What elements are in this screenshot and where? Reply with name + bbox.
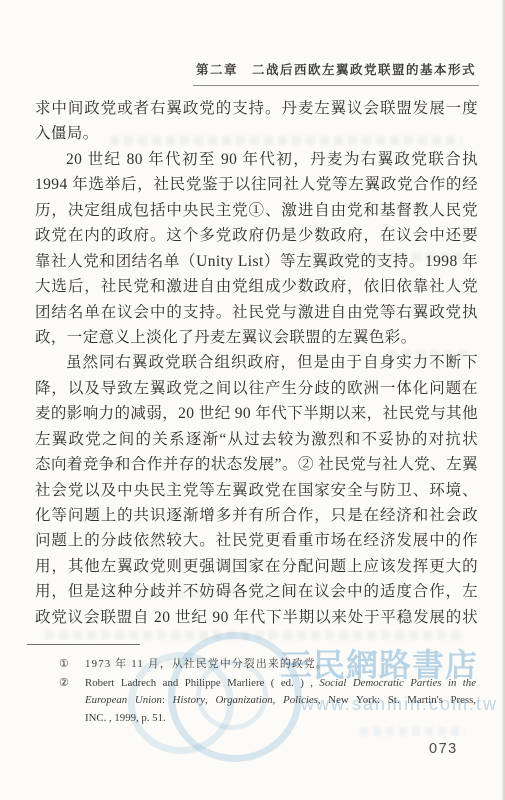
body-text-line: 政党议会联盟自 20 世纪 90 年代下半期以来处于平稳发展的状态中。 — [35, 605, 478, 630]
body-text-line: 左翼政党之间的关系逐渐“从过去较为激烈和不妥协的对抗状 — [35, 427, 478, 452]
chapter-label: 第二章 — [196, 63, 238, 77]
footnote-marker: ② — [59, 675, 69, 693]
body-text-line: 麦的影响力的减弱，20 世纪 90 年代下半期以来，社民党与其他 — [35, 401, 478, 426]
body-text-line: 历，决定组成包括中央民主党①、激进自由党和基督教人民党等 — [35, 198, 478, 223]
chapter-title: 二战后西欧左翼政党联盟的基本形式 — [252, 63, 476, 77]
body-text-line: 1994 年选举后，社民党鉴于以往同社人党等左翼政党合作的经 — [35, 172, 478, 197]
body-text-line: 用，但是这种分歧并不妨碍各党之间在议会中的适度合作，左翼 — [35, 579, 478, 604]
body-text-line: 态向着竞争和合作并存的状态发展”。② 社民党与社人党、左翼 — [35, 452, 478, 477]
footnote: ①1973 年 11 月，从社民党中分裂出来的政党。 — [85, 656, 476, 674]
footnote-divider — [27, 644, 140, 645]
body-text-line: 靠社人党和团结名单（Unity List）等左翼政党的支持。1998 年 — [35, 249, 478, 274]
page-number: 073 — [429, 741, 458, 757]
footnote-line: European Union: History, Organization, P… — [85, 692, 476, 710]
body-text-line: 政，一定意义上淡化了丹麦左翼议会联盟的左翼色彩。 — [35, 325, 478, 350]
body-text-line: 降，以及导致左翼政党之间以往产生分歧的欧洲一体化问题在丹 — [35, 376, 478, 401]
footnote-line: Robert Ladrech and Philippe Marliere ( e… — [85, 675, 476, 693]
body-text-line: 社会党以及中央民主党等左翼政党在国家安全与防卫、环境、文 — [35, 478, 478, 503]
body-text-line: 求中间政党或者右翼政党的支持。丹麦左翼议会联盟发展一度陷 — [35, 96, 478, 121]
body-text-line: 20 世纪 80 年代初至 90 年代初，丹麦为右翼政党联合执政。 — [35, 147, 478, 172]
body-text-line: 团结名单在议会中的支持。社民党与激进自由党等右翼政党执 — [35, 300, 478, 325]
footnote-line: 1973 年 11 月，从社民党中分裂出来的政党。 — [85, 656, 476, 674]
footnotes: ①1973 年 11 月，从社民党中分裂出来的政党。②Robert Ladrec… — [85, 656, 476, 728]
footnote: ②Robert Ladrech and Philippe Marliere ( … — [85, 675, 476, 728]
bleed-through-artifact — [45, 631, 465, 640]
body-text-line: 政党在内的政府。这个多党政府仍是少数政府，在议会中还要依 — [35, 223, 478, 248]
body-text: 求中间政党或者右翼政党的支持。丹麦左翼议会联盟发展一度陷入僵局。20 世纪 80… — [35, 96, 478, 630]
body-text-line: 虽然同右翼政党联合组织政府，但是由于自身实力不断下 — [35, 350, 478, 375]
book-page: 三民網路書店 www.sanmin.com.tw 第二章二战后西欧左翼政党联盟的… — [0, 0, 505, 800]
body-text-line: 问题上的分歧依然较大。社民党更看重市场在经济发展中的作 — [35, 528, 478, 553]
body-text-line: 入僵局。 — [35, 121, 478, 146]
body-text-line: 用，其他左翼政党则更强调国家在分配问题上应该发挥更大的作 — [35, 554, 478, 579]
body-text-line: 化等问题上的共识逐渐增多并有所合作，只是在经济和社会政策 — [35, 503, 478, 528]
footnote-line: INC. , 1999, p. 51. — [85, 710, 476, 728]
running-header: 第二章二战后西欧左翼政党联盟的基本形式 — [193, 60, 479, 86]
body-text-line: 大选后，社民党和激进自由党组成少数政府，依旧依靠社人党和 — [35, 274, 478, 299]
bleed-through-artifact — [360, 727, 465, 736]
footnote-marker: ① — [59, 656, 70, 674]
running-header-underline: 第二章二战后西欧左翼政党联盟的基本形式 — [193, 60, 479, 86]
